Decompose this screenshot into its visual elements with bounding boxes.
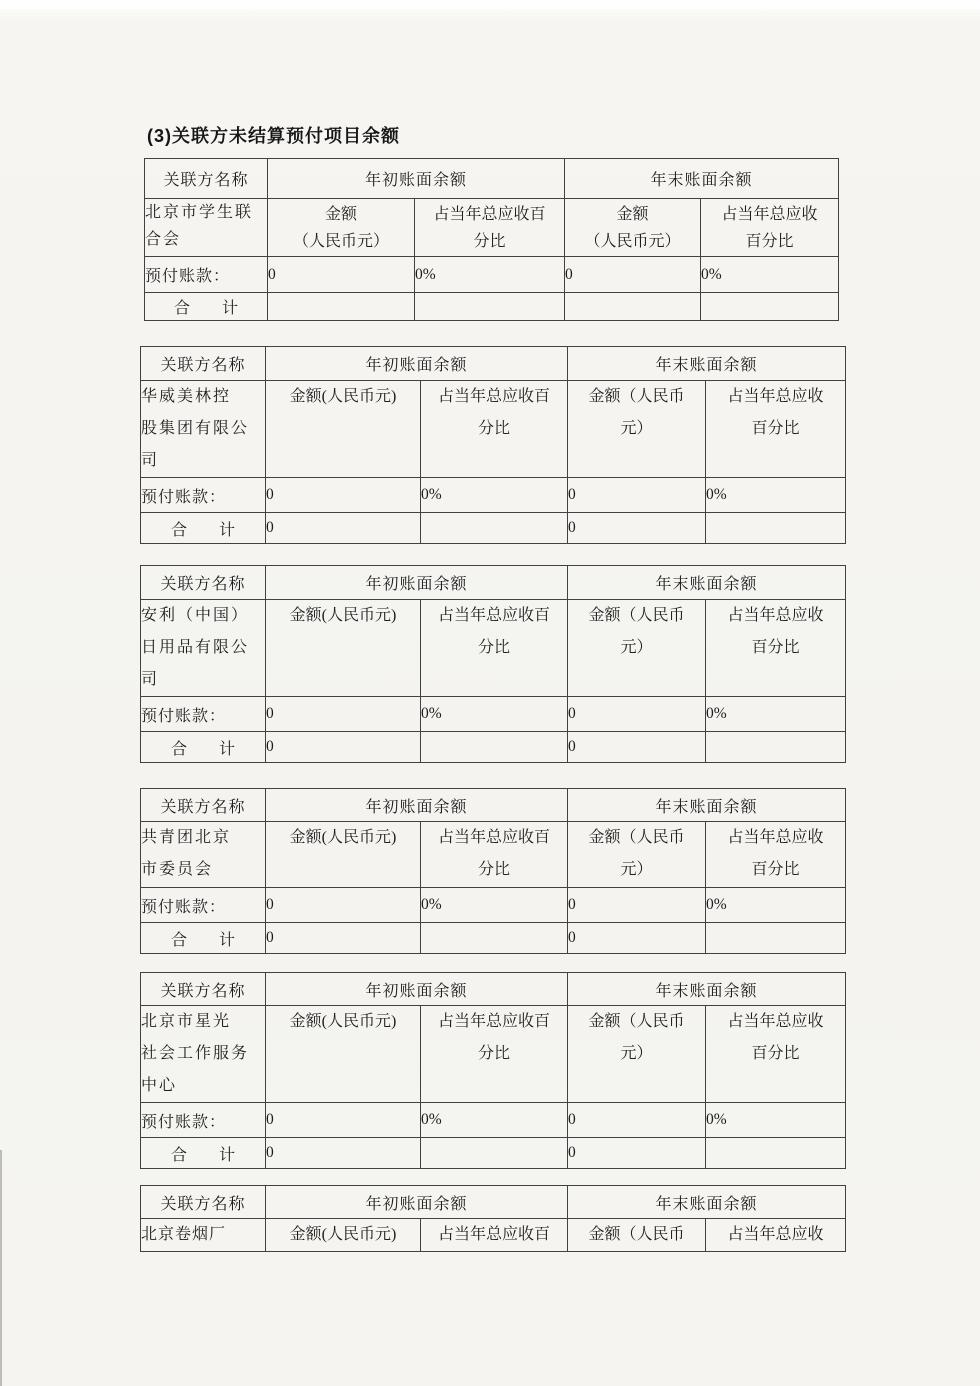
total-begin-amount: 0 [266, 1138, 421, 1169]
begin-amount-subheader: 金额(人民币元) [266, 1219, 421, 1252]
related-party-table-1: 关联方名称 年初账面余额 年末账面余额 北京市学生联 合会 金额 （人民币元） … [144, 158, 839, 321]
end-pct-subheader: 占当年总应收 百分比 [706, 381, 846, 478]
total-end-amount: 0 [568, 513, 706, 544]
prepaid-begin-pct: 0% [421, 1103, 568, 1138]
prepaid-begin-amount: 0 [268, 257, 415, 293]
total-begin-pct-empty [415, 293, 565, 321]
related-party-table-2: 关联方名称 年初账面余额 年末账面余额 华威美林控 股集团有限公 司 金额(人民… [140, 346, 846, 544]
total-begin-amount: 0 [266, 732, 421, 763]
total-begin-pct-empty [421, 513, 568, 544]
begin-balance-header: 年初账面余额 [268, 159, 565, 199]
prepaid-row-label: 预付账款： [141, 1103, 266, 1138]
prepaid-begin-pct: 0% [421, 697, 568, 732]
scan-left-edge-artifact [0, 1150, 2, 1386]
party-name-header: 关联方名称 [141, 1186, 266, 1219]
total-end-amount [565, 293, 701, 321]
total-end-pct-empty [706, 513, 846, 544]
begin-balance-header: 年初账面余额 [266, 566, 568, 600]
prepaid-begin-amount: 0 [266, 1103, 421, 1138]
total-row-label: 合 计 [141, 1138, 266, 1169]
prepaid-begin-pct: 0% [421, 888, 568, 923]
total-row-label: 合 计 [145, 293, 268, 321]
party-name-cell: 共青团北京 市委员会 [141, 822, 266, 888]
related-party-table-5: 关联方名称 年初账面余额 年末账面余额 北京市星光 社会工作服务 中心 金额(人… [140, 972, 846, 1169]
prepaid-end-pct: 0% [706, 888, 846, 923]
prepaid-begin-pct: 0% [415, 257, 565, 293]
begin-amount-subheader: 金额(人民币元) [266, 822, 421, 888]
total-begin-amount [268, 293, 415, 321]
prepaid-end-pct: 0% [706, 1103, 846, 1138]
total-begin-pct-empty [421, 1138, 568, 1169]
begin-balance-header: 年初账面余额 [266, 789, 568, 822]
begin-pct-subheader: 占当年总应收百 分比 [421, 1006, 568, 1103]
end-pct-subheader: 占当年总应收 百分比 [706, 822, 846, 888]
total-begin-pct-empty [421, 732, 568, 763]
related-party-table-4: 关联方名称 年初账面余额 年末账面余额 共青团北京 市委员会 金额(人民币元) … [140, 788, 846, 954]
end-balance-header: 年末账面余额 [565, 159, 839, 199]
prepaid-begin-pct: 0% [421, 478, 568, 513]
prepaid-begin-amount: 0 [266, 478, 421, 513]
begin-pct-subheader: 占当年总应收百 分比 [415, 199, 565, 257]
total-begin-pct-empty [421, 923, 568, 954]
end-amount-subheader: 金额（人民币 元） [568, 600, 706, 697]
prepaid-end-amount: 0 [568, 888, 706, 923]
prepaid-begin-amount: 0 [266, 888, 421, 923]
end-amount-subheader: 金额（人民币 元） [568, 1006, 706, 1103]
begin-amount-subheader: 金额 （人民币元） [268, 199, 415, 257]
end-pct-subheader: 占当年总应收 百分比 [706, 600, 846, 697]
end-balance-header: 年末账面余额 [568, 973, 846, 1006]
scanned-document-page: (3)关联方未结算预付项目余额 关联方名称 年初账面余额 年末账面余额 北京市学… [0, 0, 980, 1386]
total-end-amount: 0 [568, 1138, 706, 1169]
begin-pct-subheader: 占当年总应收百 分比 [421, 600, 568, 697]
total-begin-amount: 0 [266, 923, 421, 954]
begin-balance-header: 年初账面余额 [266, 1186, 568, 1219]
party-name-header: 关联方名称 [141, 789, 266, 822]
party-name-cell: 北京市星光 社会工作服务 中心 [141, 1006, 266, 1103]
prepaid-end-amount: 0 [568, 478, 706, 513]
total-begin-amount: 0 [266, 513, 421, 544]
begin-pct-subheader: 占当年总应收百 [421, 1219, 568, 1252]
prepaid-row-label: 预付账款： [145, 257, 268, 293]
party-name-header: 关联方名称 [141, 973, 266, 1006]
total-end-pct-empty [706, 1138, 846, 1169]
end-balance-header: 年末账面余额 [568, 347, 846, 381]
end-balance-header: 年末账面余额 [568, 1186, 846, 1219]
begin-balance-header: 年初账面余额 [266, 973, 568, 1006]
end-pct-subheader: 占当年总应收 百分比 [706, 1006, 846, 1103]
end-pct-subheader: 占当年总应收 百分比 [701, 199, 839, 257]
prepaid-begin-amount: 0 [266, 697, 421, 732]
related-party-table-6: 关联方名称 年初账面余额 年末账面余额 北京卷烟厂 金额(人民币元) 占当年总应… [140, 1185, 846, 1252]
begin-amount-subheader: 金额(人民币元) [266, 1006, 421, 1103]
begin-pct-subheader: 占当年总应收百 分比 [421, 822, 568, 888]
total-end-amount: 0 [568, 923, 706, 954]
end-balance-header: 年末账面余额 [568, 789, 846, 822]
party-name-cell: 北京卷烟厂 [141, 1219, 266, 1252]
prepaid-end-amount: 0 [565, 257, 701, 293]
section-title: (3)关联方未结算预付项目余额 [147, 122, 400, 148]
end-pct-subheader: 占当年总应收 [706, 1219, 846, 1252]
prepaid-end-amount: 0 [568, 697, 706, 732]
begin-balance-header: 年初账面余额 [266, 347, 568, 381]
related-party-table-3: 关联方名称 年初账面余额 年末账面余额 安利（中国） 日用品有限公 司 金额(人… [140, 565, 846, 763]
prepaid-end-amount: 0 [568, 1103, 706, 1138]
begin-pct-subheader: 占当年总应收百 分比 [421, 381, 568, 478]
end-amount-subheader: 金额（人民币 元） [568, 381, 706, 478]
prepaid-row-label: 预付账款： [141, 888, 266, 923]
scan-top-edge [0, 0, 980, 9]
party-name-cell: 华威美林控 股集团有限公 司 [141, 381, 266, 478]
prepaid-row-label: 预付账款： [141, 697, 266, 732]
total-row-label: 合 计 [141, 732, 266, 763]
party-name-cell: 北京市学生联 合会 [145, 199, 268, 257]
total-row-label: 合 计 [141, 923, 266, 954]
end-amount-subheader: 金额 （人民币元） [565, 199, 701, 257]
total-end-pct-empty [706, 923, 846, 954]
end-amount-subheader: 金额（人民币 [568, 1219, 706, 1252]
prepaid-end-pct: 0% [706, 697, 846, 732]
total-end-pct-empty [706, 732, 846, 763]
end-balance-header: 年末账面余额 [568, 566, 846, 600]
party-name-header: 关联方名称 [145, 159, 268, 199]
total-end-pct-empty [701, 293, 839, 321]
party-name-header: 关联方名称 [141, 347, 266, 381]
end-amount-subheader: 金额（人民币 元） [568, 822, 706, 888]
party-name-cell: 安利（中国） 日用品有限公 司 [141, 600, 266, 697]
total-row-label: 合 计 [141, 513, 266, 544]
party-name-header: 关联方名称 [141, 566, 266, 600]
prepaid-end-pct: 0% [701, 257, 839, 293]
begin-amount-subheader: 金额(人民币元) [266, 600, 421, 697]
prepaid-row-label: 预付账款： [141, 478, 266, 513]
begin-amount-subheader: 金额(人民币元) [266, 381, 421, 478]
total-end-amount: 0 [568, 732, 706, 763]
prepaid-end-pct: 0% [706, 478, 846, 513]
